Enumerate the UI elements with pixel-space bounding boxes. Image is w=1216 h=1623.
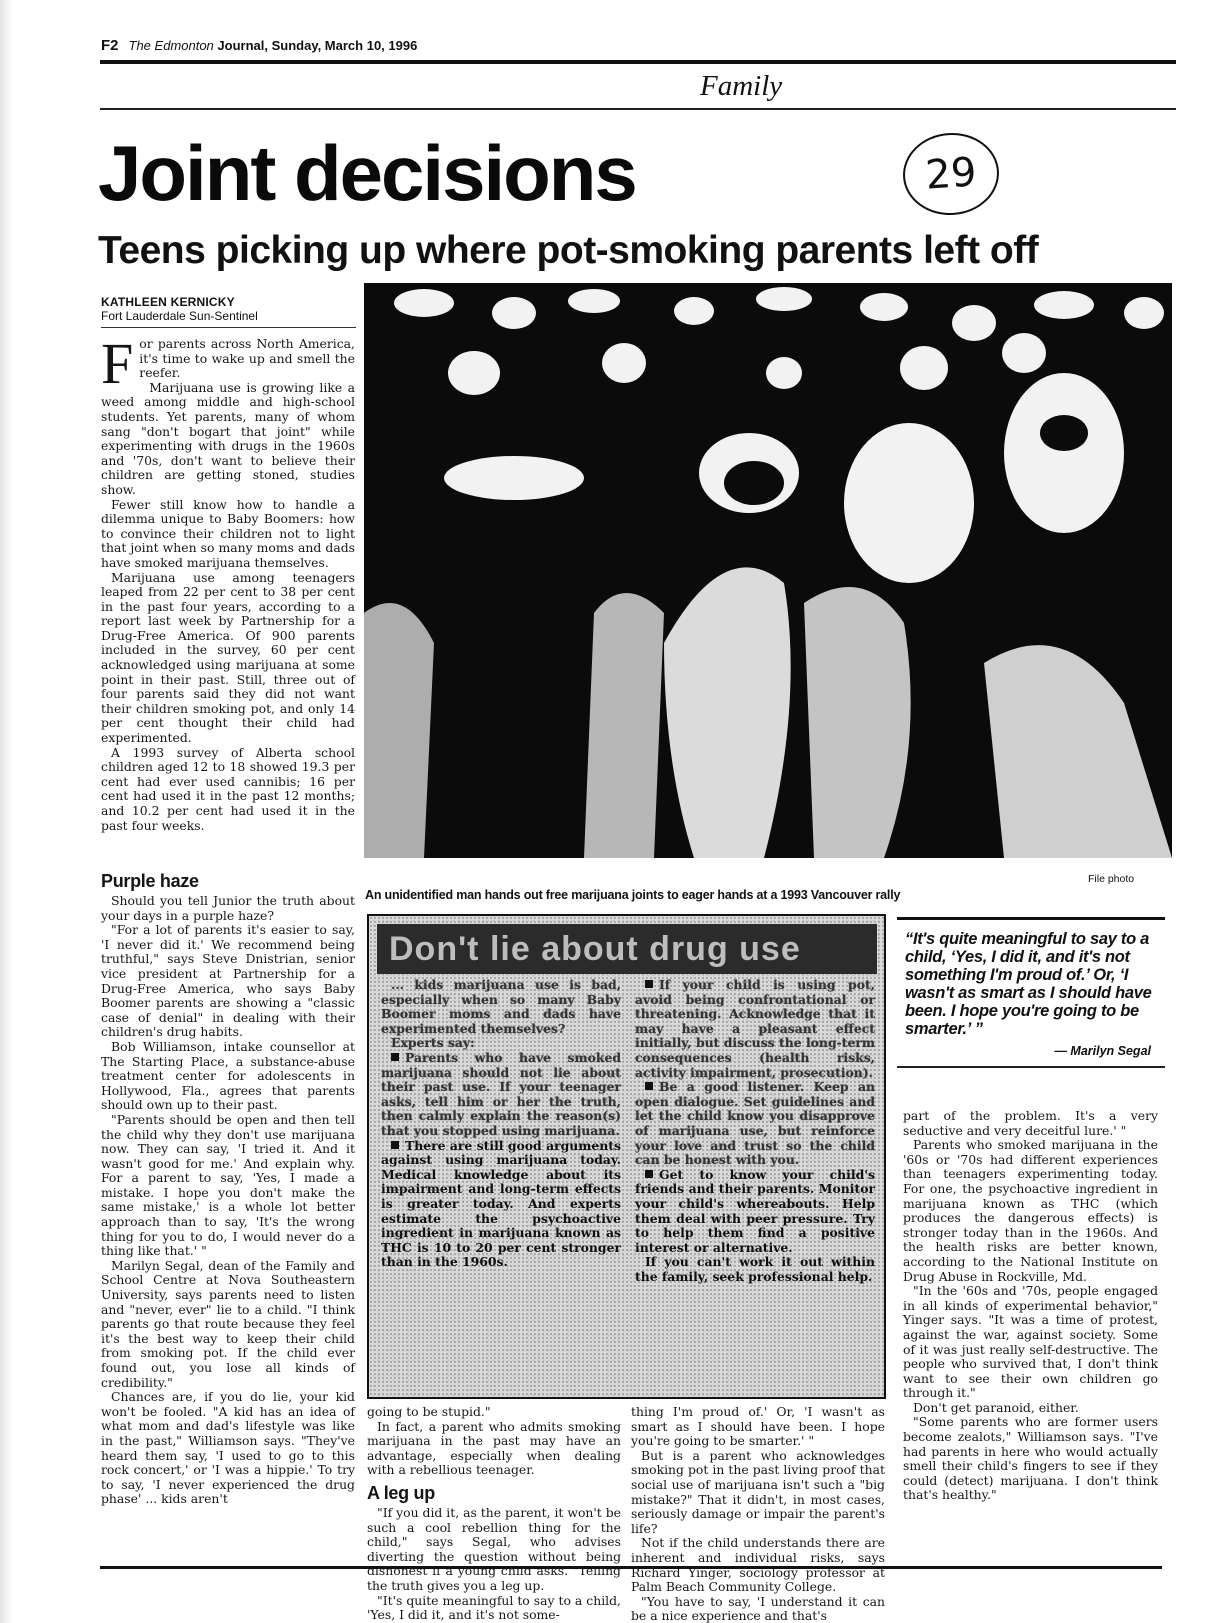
article-column-2: going to be stupid." In fact, a parent w…	[367, 1405, 621, 1623]
sidebar-bullet-item: If your child is using pot, avoid being …	[635, 978, 875, 1080]
bullet-square-icon	[645, 1170, 653, 1178]
article-column-1-continued: Purple haze Should you tell Junior the t…	[101, 866, 355, 1507]
header-rule	[100, 60, 1176, 64]
sidebar-bullet-item: Parents who have smoked marijuana should…	[381, 1051, 621, 1139]
sidebar-title: Don't lie about drug use	[377, 924, 877, 974]
headline: Joint decisions	[98, 128, 636, 218]
drop-cap: F	[101, 341, 133, 387]
rally-photo	[364, 283, 1172, 858]
paragraph: Don't get paranoid, either.	[903, 1401, 1158, 1416]
paragraph: going to be stupid."	[367, 1405, 621, 1420]
sidebar-paragraph: If you can't work it out within the fami…	[635, 1255, 875, 1284]
paragraph: Chances are, if you do lie, your kid won…	[101, 1390, 355, 1507]
sidebar-bullet-item: Get to know your child's friends and the…	[635, 1168, 875, 1256]
author-organization: Fort Lauderdale Sun-Sentinel	[101, 309, 356, 323]
page-folio: F2 The Edmonton Journal, Sunday, March 1…	[101, 37, 417, 57]
paragraph: Should you tell Junior the truth about y…	[101, 894, 355, 923]
paragraph: "Parents should be open and then tell th…	[101, 1113, 355, 1259]
bullet-square-icon	[645, 1082, 653, 1090]
paper-name-italic: The Edmonton	[129, 38, 218, 53]
paragraph: "If you did it, as the parent, it won't …	[367, 1506, 621, 1594]
byline: KATHLEEN KERNICKY Fort Lauderdale Sun-Se…	[101, 295, 356, 328]
paragraph: Parents who smoked marijuana in the '60s…	[903, 1138, 1158, 1284]
issue-date: , Sunday, March 10, 1996	[264, 38, 417, 53]
pull-quote-attribution: — Marilyn Segal	[897, 1042, 1165, 1066]
bullet-text: Get to know your child's friends and the…	[635, 1167, 875, 1255]
sidebar-right-column: If your child is using pot, avoid being …	[635, 978, 875, 1284]
scan-edge-shadow	[0, 0, 14, 1623]
bullet-square-icon	[391, 1053, 399, 1061]
paragraph: Marijuana use among teenagers leaped fro…	[101, 571, 355, 746]
article-column-1: For parents across North America, it's t…	[101, 337, 355, 833]
bullet-square-icon	[391, 1141, 399, 1149]
bullet-text: Parents who have smoked marijuana should…	[381, 1050, 621, 1138]
paragraph: Fewer still know how to handle a dilemma…	[101, 498, 355, 571]
paper-name: The Edmonton Journal, Sunday, March 10, …	[129, 38, 418, 53]
lead-text: or parents across North America, it's ti…	[139, 336, 355, 380]
pull-quote-bottom-rule	[897, 1066, 1165, 1068]
section-rule	[100, 108, 1176, 110]
paragraph: Marijuana use is growing like a weed amo…	[101, 381, 355, 498]
paragraph: "It's quite meaningful to say to a child…	[367, 1594, 621, 1623]
paragraph: "Some parents who are former users becom…	[903, 1415, 1158, 1503]
paragraph: "For a lot of parents it's easier to say…	[101, 923, 355, 1040]
sidebar-box-advice: Don't lie about drug use ... kids mariju…	[367, 914, 886, 1399]
page-number: F2	[101, 37, 119, 54]
paragraph: thing I'm proud of.' Or, 'I wasn't as sm…	[631, 1405, 885, 1449]
photo-credit: File photo	[1088, 873, 1134, 885]
pull-quote: “It's quite meaningful to say to a child…	[897, 917, 1165, 1068]
subhead-purple-haze: Purple haze	[101, 870, 355, 892]
byline-rule	[101, 327, 356, 328]
pull-quote-text: “It's quite meaningful to say to a child…	[897, 920, 1165, 1042]
bullet-square-icon	[645, 980, 653, 988]
sidebar-paragraph: ... kids marijuana use is bad, especiall…	[381, 978, 621, 1036]
subhead-a-leg-up: A leg up	[367, 1482, 621, 1504]
paragraph: Bob Williamson, intake counsellor at The…	[101, 1040, 355, 1113]
subheadline: Teens picking up where pot-smoking paren…	[98, 228, 1038, 274]
lead-paragraph: For parents across North America, it's t…	[101, 337, 355, 381]
author-name: KATHLEEN KERNICKY	[101, 295, 356, 309]
footer-rule	[100, 1566, 1162, 1569]
paragraph: part of the problem. It's a very seducti…	[903, 1109, 1158, 1138]
sidebar-bullet-item: Be a good listener. Keep an open dialogu…	[635, 1080, 875, 1168]
crowd-photo-illustration	[364, 283, 1172, 858]
paragraph: A 1993 survey of Alberta school children…	[101, 746, 355, 834]
sidebar-paragraph: Experts say:	[381, 1036, 621, 1051]
bullet-text: There are still good arguments against u…	[381, 1138, 621, 1270]
handwritten-circled-number: 29	[900, 130, 1001, 218]
bullet-text: If your child is using pot, avoid being …	[635, 977, 875, 1080]
paper-name-bold: Journal	[217, 38, 264, 53]
paragraph: In fact, a parent who admits smoking mar…	[367, 1420, 621, 1478]
section-name: Family	[700, 70, 782, 103]
bullet-text: Be a good listener. Keep an open dialogu…	[635, 1079, 875, 1167]
photo-caption: An unidentified man hands out free marij…	[365, 888, 900, 902]
paragraph: But is a parent who acknowledges smoking…	[631, 1449, 885, 1537]
article-column-3: thing I'm proud of.' Or, 'I wasn't as sm…	[631, 1405, 885, 1623]
paragraph: "In the '60s and '70s, people engaged in…	[903, 1284, 1158, 1401]
paragraph: Marilyn Segal, dean of the Family and Sc…	[101, 1259, 355, 1390]
paragraph: "You have to say, 'I understand it can b…	[631, 1595, 885, 1623]
sidebar-left-column: ... kids marijuana use is bad, especiall…	[381, 978, 621, 1270]
article-column-4: part of the problem. It's a very seducti…	[903, 1109, 1158, 1503]
sidebar-bullet-item: There are still good arguments against u…	[381, 1139, 621, 1270]
